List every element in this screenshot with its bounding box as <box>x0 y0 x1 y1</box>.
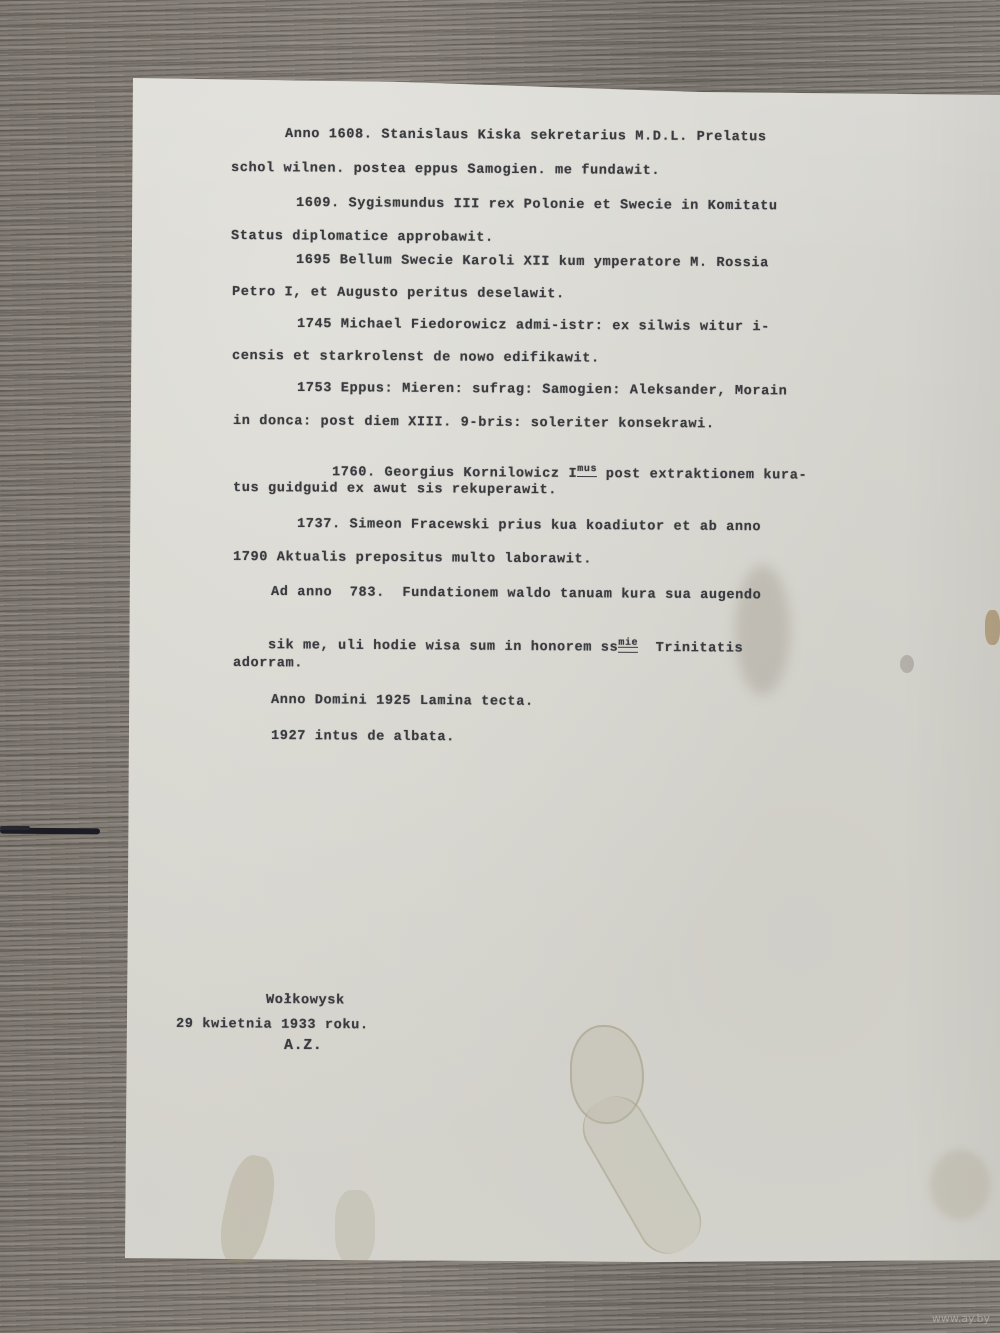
text-line: sik me, uli hodie wisa sum in honorem ss… <box>233 620 744 672</box>
text-line: schol wilnen. postea eppus Samogien. me … <box>231 161 660 179</box>
text-segment: 1760. Georgius Kornilowicz I <box>332 465 577 482</box>
text-segment: post extraktionem kura- <box>597 467 807 483</box>
text-line: tus guidguid ex awut sis rekuperawit. <box>233 481 557 498</box>
wood-crack-tip <box>0 826 30 830</box>
superscript-abbreviation: mie <box>618 638 638 649</box>
text-line: 1790 Aktualis prepositus multo laborawit… <box>233 550 592 568</box>
text-line: 1927 intus de albata. <box>271 729 455 745</box>
text-segment: Trinitatis <box>638 641 743 657</box>
text-line: censis et starkrolenst de nowo edifikawi… <box>232 349 600 367</box>
closing-place: Wołkowysk <box>266 993 345 1009</box>
signature-initials: A.Z. <box>284 1037 322 1054</box>
text-segment: sik me, uli hodie wisa sum in honorem ss <box>268 638 618 655</box>
closing-date: 29 kwietnia 1933 roku. <box>176 1017 369 1033</box>
superscript-abbreviation: mus <box>577 464 597 475</box>
watermark: www.ay.by <box>932 1312 990 1325</box>
text-line: Status diplomatice approbawit. <box>231 229 494 246</box>
text-line: Anno Domini 1925 Lamina tecta. <box>271 693 534 710</box>
text-line: adorram. <box>233 656 303 671</box>
text-line: Petro I, et Augusto peritus deselawit. <box>232 285 565 302</box>
